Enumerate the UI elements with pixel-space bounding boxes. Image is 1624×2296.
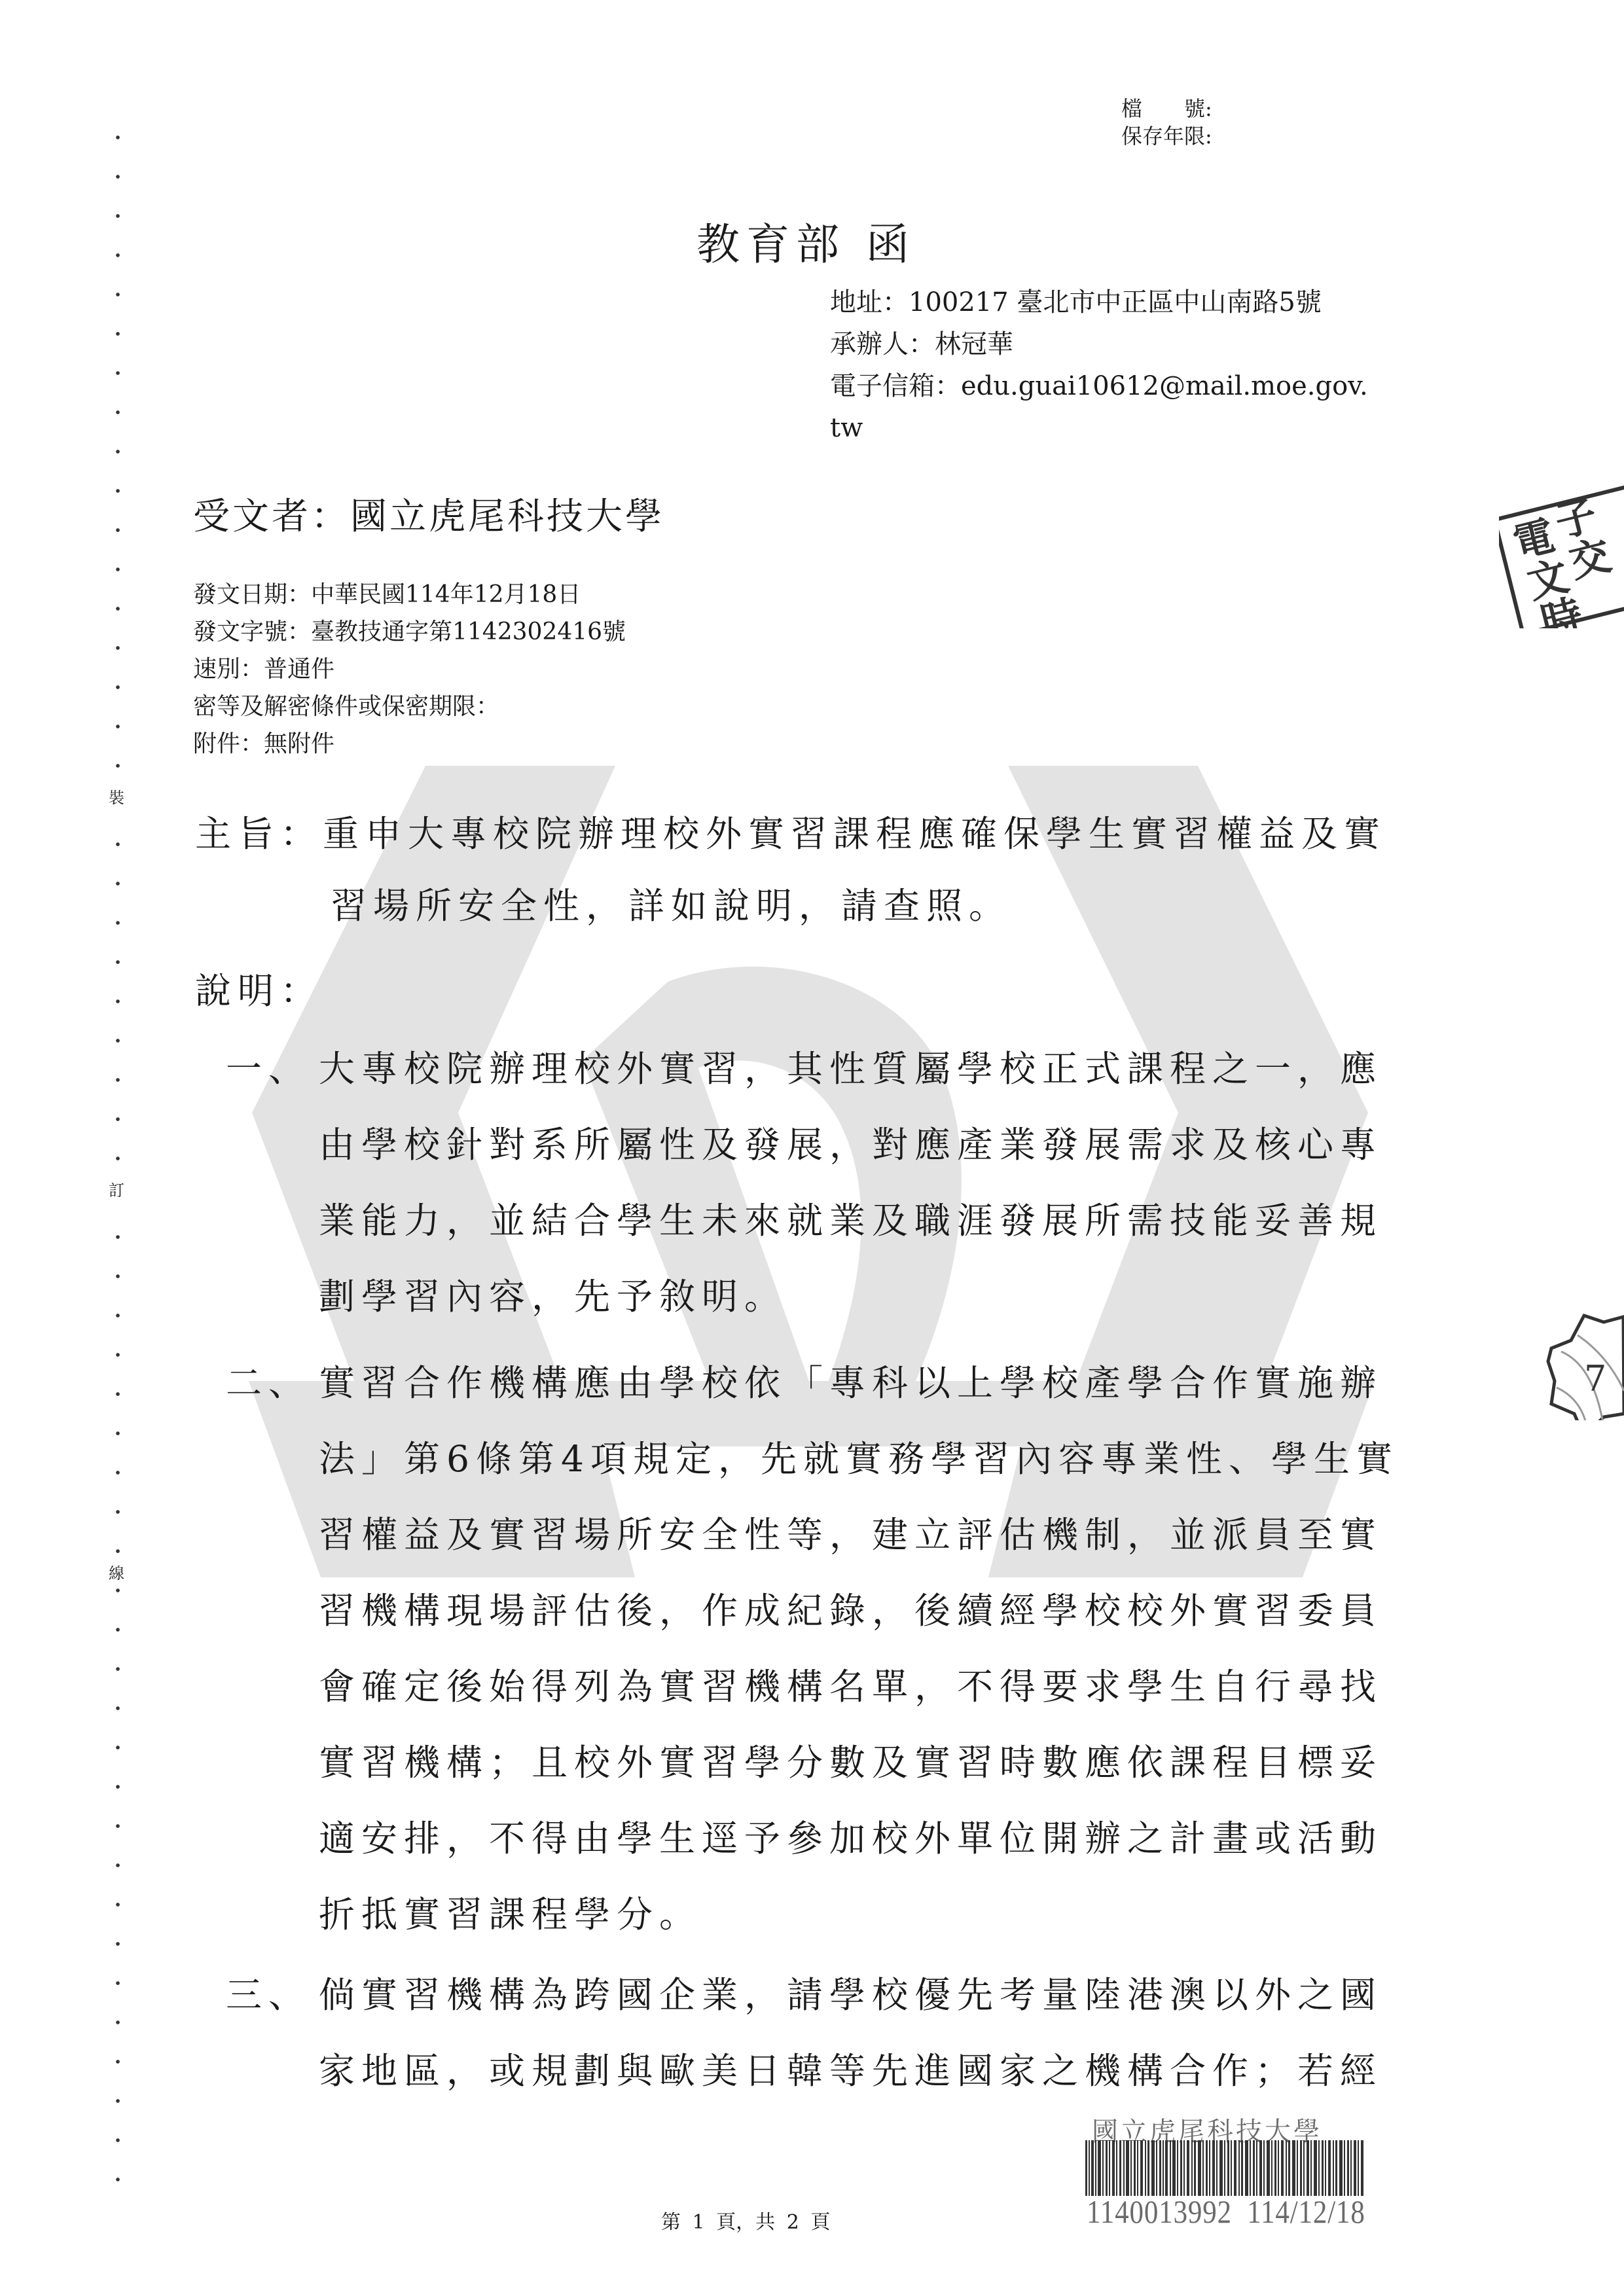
item-line: 會確定後始得列為實習機構名單，不得要求學生自行尋找 — [319, 1649, 1399, 1725]
electronic-exchange-stamp-icon: 電 子 文 交 時 — [1499, 484, 1624, 628]
sender-info: 地址：100217 臺北市中正區中山南路5號 承辦人：林冠華 電子信箱：edu.… — [830, 281, 1368, 449]
svg-text:7: 7 — [1584, 1358, 1606, 1399]
item-line: 折抵實習課程學分。 — [319, 1876, 1399, 1952]
sender-email-continued: tw — [830, 407, 1368, 449]
file-meta: 檔 號: 保存年限: — [1121, 95, 1212, 150]
item-number: 一、 — [226, 1031, 311, 1107]
item-line: 實習合作機構應由學校依「專科以上學校產學合作實施辦 — [319, 1345, 1399, 1421]
urgency: 速別：普通件 — [193, 651, 626, 688]
document-meta: 發文日期：中華民國114年12月18日 發文字號：臺教技通字第114230241… — [193, 576, 626, 762]
item-line: 大專校院辦理校外實習，其性質屬學校正式課程之一，應 — [319, 1031, 1382, 1107]
binding-mark-line: 線 — [109, 1564, 124, 1583]
document-title: 教育部 函 — [696, 209, 916, 272]
subject-line-2: 習場所安全性，詳如說明，請查照。 — [331, 877, 1011, 929]
document-number: 發文字號：臺教技通字第1142302416號 — [193, 613, 626, 651]
item-line: 習機構現場評估後，作成紀錄，後續經學校校外實習委員 — [319, 1573, 1399, 1649]
attachments: 附件：無附件 — [193, 725, 626, 762]
item-line: 由學校針對系所屬性及發展，對應產業發展需求及核心專 — [319, 1107, 1382, 1183]
file-number-label: 檔 號: — [1121, 95, 1212, 122]
barcode-number-and-date: 1140013992 114/12/18 — [1087, 2193, 1365, 2231]
retention-period-label: 保存年限: — [1121, 122, 1212, 150]
binding-mark-bind: 裝 — [109, 789, 124, 807]
sender-email: 電子信箱：edu.guai10612@mail.moe.gov. — [830, 365, 1368, 407]
recipient: 受文者：國立虎尾科技大學 — [193, 488, 664, 540]
page-number: 第 1 頁，共 2 頁 — [661, 2206, 830, 2234]
explanation-label: 說明： — [195, 962, 323, 1014]
item-line: 適安排，不得由學生逕予參加校外單位開辦之計畫或活動 — [319, 1801, 1399, 1876]
barcode-number: 1140013992 — [1087, 2193, 1232, 2230]
sender-address: 地址：100217 臺北市中正區中山南路5號 — [830, 281, 1368, 323]
item-number: 二、 — [226, 1345, 311, 1421]
seal-stamp-icon: 7 — [1506, 1276, 1624, 1420]
barcode-date: 114/12/18 — [1247, 2193, 1365, 2230]
item-line: 劃學習內容，先予敘明。 — [319, 1259, 1382, 1335]
item-number: 三、 — [226, 1957, 311, 2033]
item-line: 家地區，或規劃與歐美日韓等先進國家之機構合作；若經 — [319, 2033, 1382, 2109]
barcode-icon — [1085, 2140, 1363, 2196]
item-line: 法」第6條第4項規定，先就實務學習內容專業性、學生實 — [319, 1421, 1399, 1497]
binding-mark-staple: 訂 — [109, 1181, 124, 1200]
sender-contact-person: 承辦人：林冠華 — [830, 323, 1368, 365]
item-line: 實習機構；且校外實習學分數及實習時數應依課程目標妥 — [319, 1725, 1399, 1801]
confidentiality: 密等及解密條件或保密期限： — [193, 688, 626, 725]
item-line: 業能力，並結合學生未來就業及職涯發展所需技能妥善規 — [319, 1183, 1382, 1259]
binding-margin-dotted-line — [115, 118, 120, 2199]
item-line: 倘實習機構為跨國企業，請學校優先考量陸港澳以外之國 — [319, 1957, 1382, 2033]
subject-line-1: 主旨：重申大專校院辦理校外實習課程應確保學生實習權益及實 — [195, 805, 1386, 857]
item-line: 習權益及實習場所安全性等，建立評估機制，並派員至實 — [319, 1497, 1399, 1573]
issue-date: 發文日期：中華民國114年12月18日 — [193, 576, 626, 613]
